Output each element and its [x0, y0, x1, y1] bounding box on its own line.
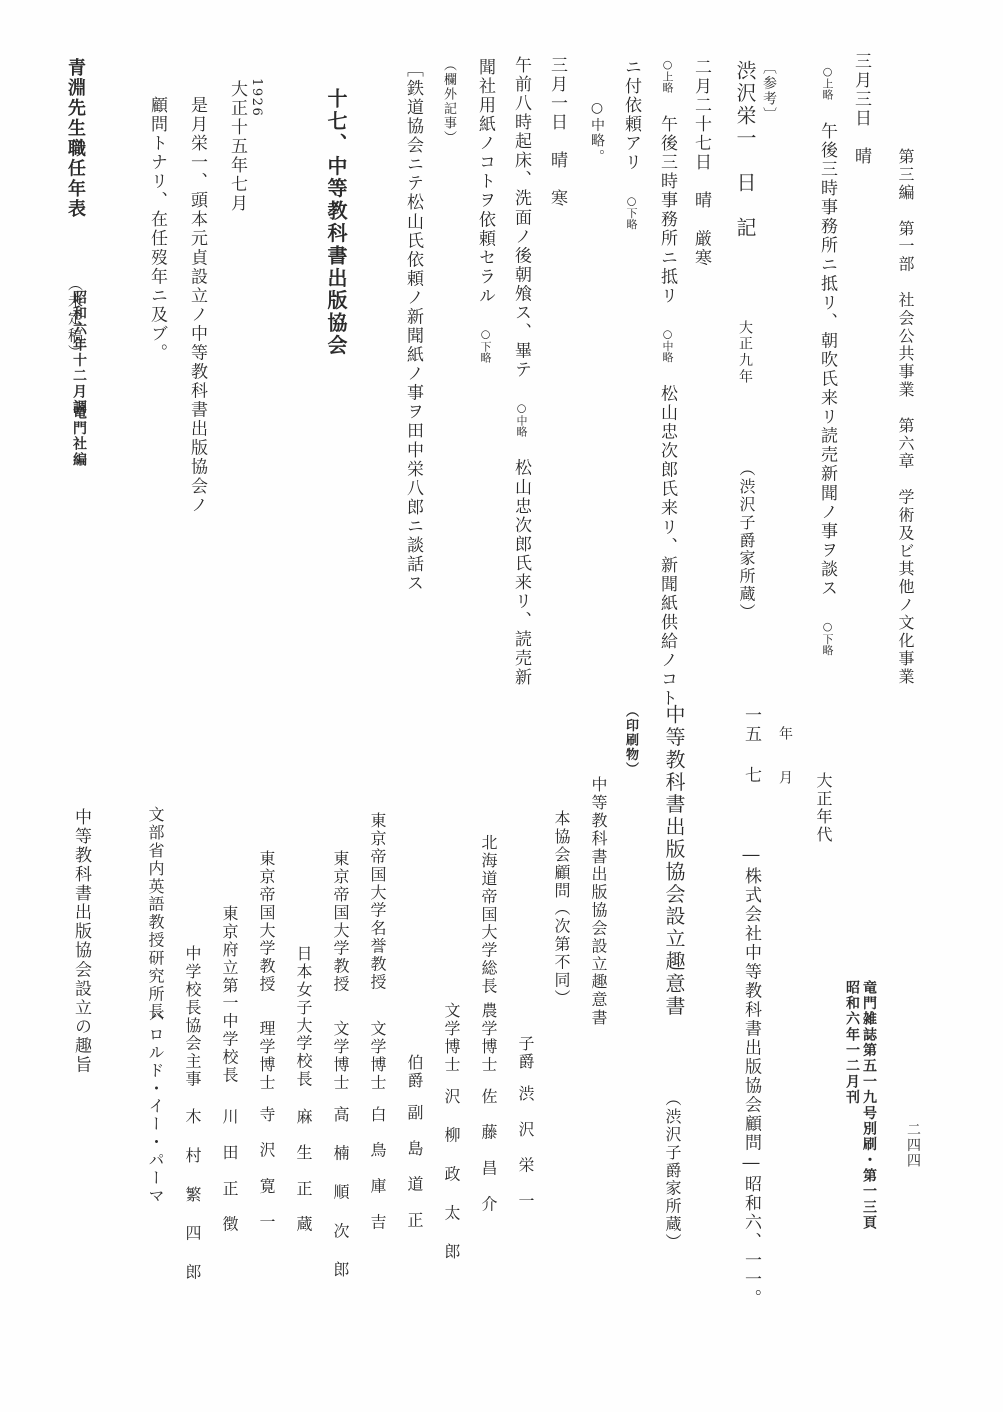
era-date: 大正十五年七月: [228, 80, 245, 213]
body-text-line-1: 是月栄一、頭本元貞設立ノ中等教科書出版協会ノ: [188, 96, 205, 515]
advisor-1: 農学博士佐 藤 昌 介: [480, 1002, 496, 1213]
advisor-10-affiliation: 文部省内英語教授研究所長: [147, 806, 163, 1021]
advisor-5-affiliation: 東京帝国大学教授: [332, 850, 348, 993]
page-number: 二四四: [906, 1122, 920, 1169]
book-page: 第三編 第一部 社会公共事業 第六章 学術及ビ其他ノ文化事業 三月三日 晴 ○上…: [0, 0, 1003, 1412]
magazine-reference: 竜門雑誌第五一九号別刷・第一三頁: [862, 980, 876, 1231]
advisor-5: 文学博士高 楠 順 次 郎: [332, 1020, 348, 1279]
entry-march-1-continued: 聞社用紙ノコトヲ依頼セラル ○下略: [476, 58, 493, 363]
advisor-8: 川 田 正 徴: [221, 1108, 237, 1233]
advisor-4-affiliation: 東京帝国大学名誉教授: [369, 812, 385, 991]
entry-march-1-text: 午前八時起床、洗面ノ後朝飧ス、畢テ ○中略 松山忠次郎氏来リ、読売新: [512, 56, 529, 687]
document-source: （渋沢子爵家所蔵）: [664, 1090, 680, 1251]
western-year: 1926: [250, 78, 263, 117]
timeline-year: 一五: [742, 706, 759, 744]
entry-march-3-text: ○上略 午後三時事務所ニ抵リ、朝吹氏来リ読売新聞ノ事ヲ談ス ○下略: [818, 65, 835, 655]
advisor-1-affiliation: 北海道帝国大学総長: [480, 834, 496, 995]
diary-source: （渋沢子爵家所蔵）: [738, 460, 754, 621]
advisor-9-affiliation: 中学校長協会主事: [184, 945, 200, 1088]
era-heading: 大正年代: [815, 772, 831, 844]
advisor-4: 文学博士白 鳥 庫 吉: [369, 1020, 385, 1231]
entry-date-feb-27: 二月二十七日 晴 厳寒: [692, 58, 709, 267]
diary-year: 大正九年: [737, 320, 753, 386]
advisor-8-affiliation: 東京府立第一中学校長: [221, 905, 237, 1084]
timeline-row: 七 ―株式会社中等教科書出版協会顧問―昭和六、一一。: [742, 766, 759, 1308]
source-date: 昭和六年十二月調: [72, 290, 86, 415]
diary-title: 渋沢栄一 日 記 大正九年: [735, 60, 755, 386]
month-label: 月: [778, 770, 792, 786]
advisor-7-affiliation: 東京帝国大学教授: [258, 850, 274, 993]
advisor-0: 子爵渋 沢 栄 一: [517, 1035, 533, 1210]
document-title: 中等教科書出版協会設立趣意書: [664, 704, 684, 1018]
advisor-6: 麻 生 正 蔵: [295, 1108, 311, 1233]
entry-date-march-3: 三月三日 晴: [852, 52, 869, 166]
entry-date-march-1: 三月一日 晴 寒: [548, 56, 565, 208]
reference-label: 〔参考〕: [762, 60, 776, 123]
source-editor: 竜門社編: [72, 405, 86, 468]
advisor-10: ハロルド・イー・パーマ: [147, 1008, 163, 1205]
advisor-3: 伯爵副 島 道 正: [406, 1054, 422, 1229]
advisor-9: 木 村 繁 四 郎: [184, 1108, 200, 1281]
advisor-7: 理学博士寺 沢 寛 一: [258, 1020, 274, 1231]
magazine-date: 昭和六年一二月刊: [845, 980, 859, 1105]
advisor-2: 文学博士沢 柳 政 太 郎: [443, 1002, 459, 1261]
omission-mark: ○上略: [821, 65, 834, 100]
margin-note-label: （欄外記事）: [442, 58, 455, 145]
section-title: 十七、中等教科書出版協会: [326, 88, 346, 357]
advisors-heading: 本協会顧問（次第不同）: [553, 810, 569, 1007]
omission-middle: ○中略。: [590, 100, 604, 165]
body-text-line-2: 顧問トナリ、在任歿年ニ及ブ。: [148, 96, 165, 363]
margin-note-text: ［鉄道協会ニテ松山氏依頼ノ新聞紙ノ事ヲ田中栄八郎ニ談話ス: [404, 60, 421, 593]
inner-title: 中等教科書出版協会設立趣意書: [590, 776, 606, 1027]
advisor-6-affiliation: 日本女子大学校長: [295, 945, 311, 1088]
year-label: 年: [778, 726, 792, 742]
purpose-heading: 中等教科書出版協会設立の趣旨: [72, 808, 89, 1075]
printed-matter-label: （印刷物）: [624, 704, 637, 777]
entry-feb-27-continued: ニ付依頼アリ ○下略: [622, 58, 639, 229]
running-head: 第三編 第一部 社会公共事業 第六章 学術及ビ其他ノ文化事業: [897, 148, 913, 686]
omission-mark: ○下略: [821, 620, 834, 655]
entry-feb-27-text: ○上略 午後三時事務所ニ抵リ ○中略 松山忠次郎氏来リ、新聞紙供給ノコト: [658, 58, 675, 708]
